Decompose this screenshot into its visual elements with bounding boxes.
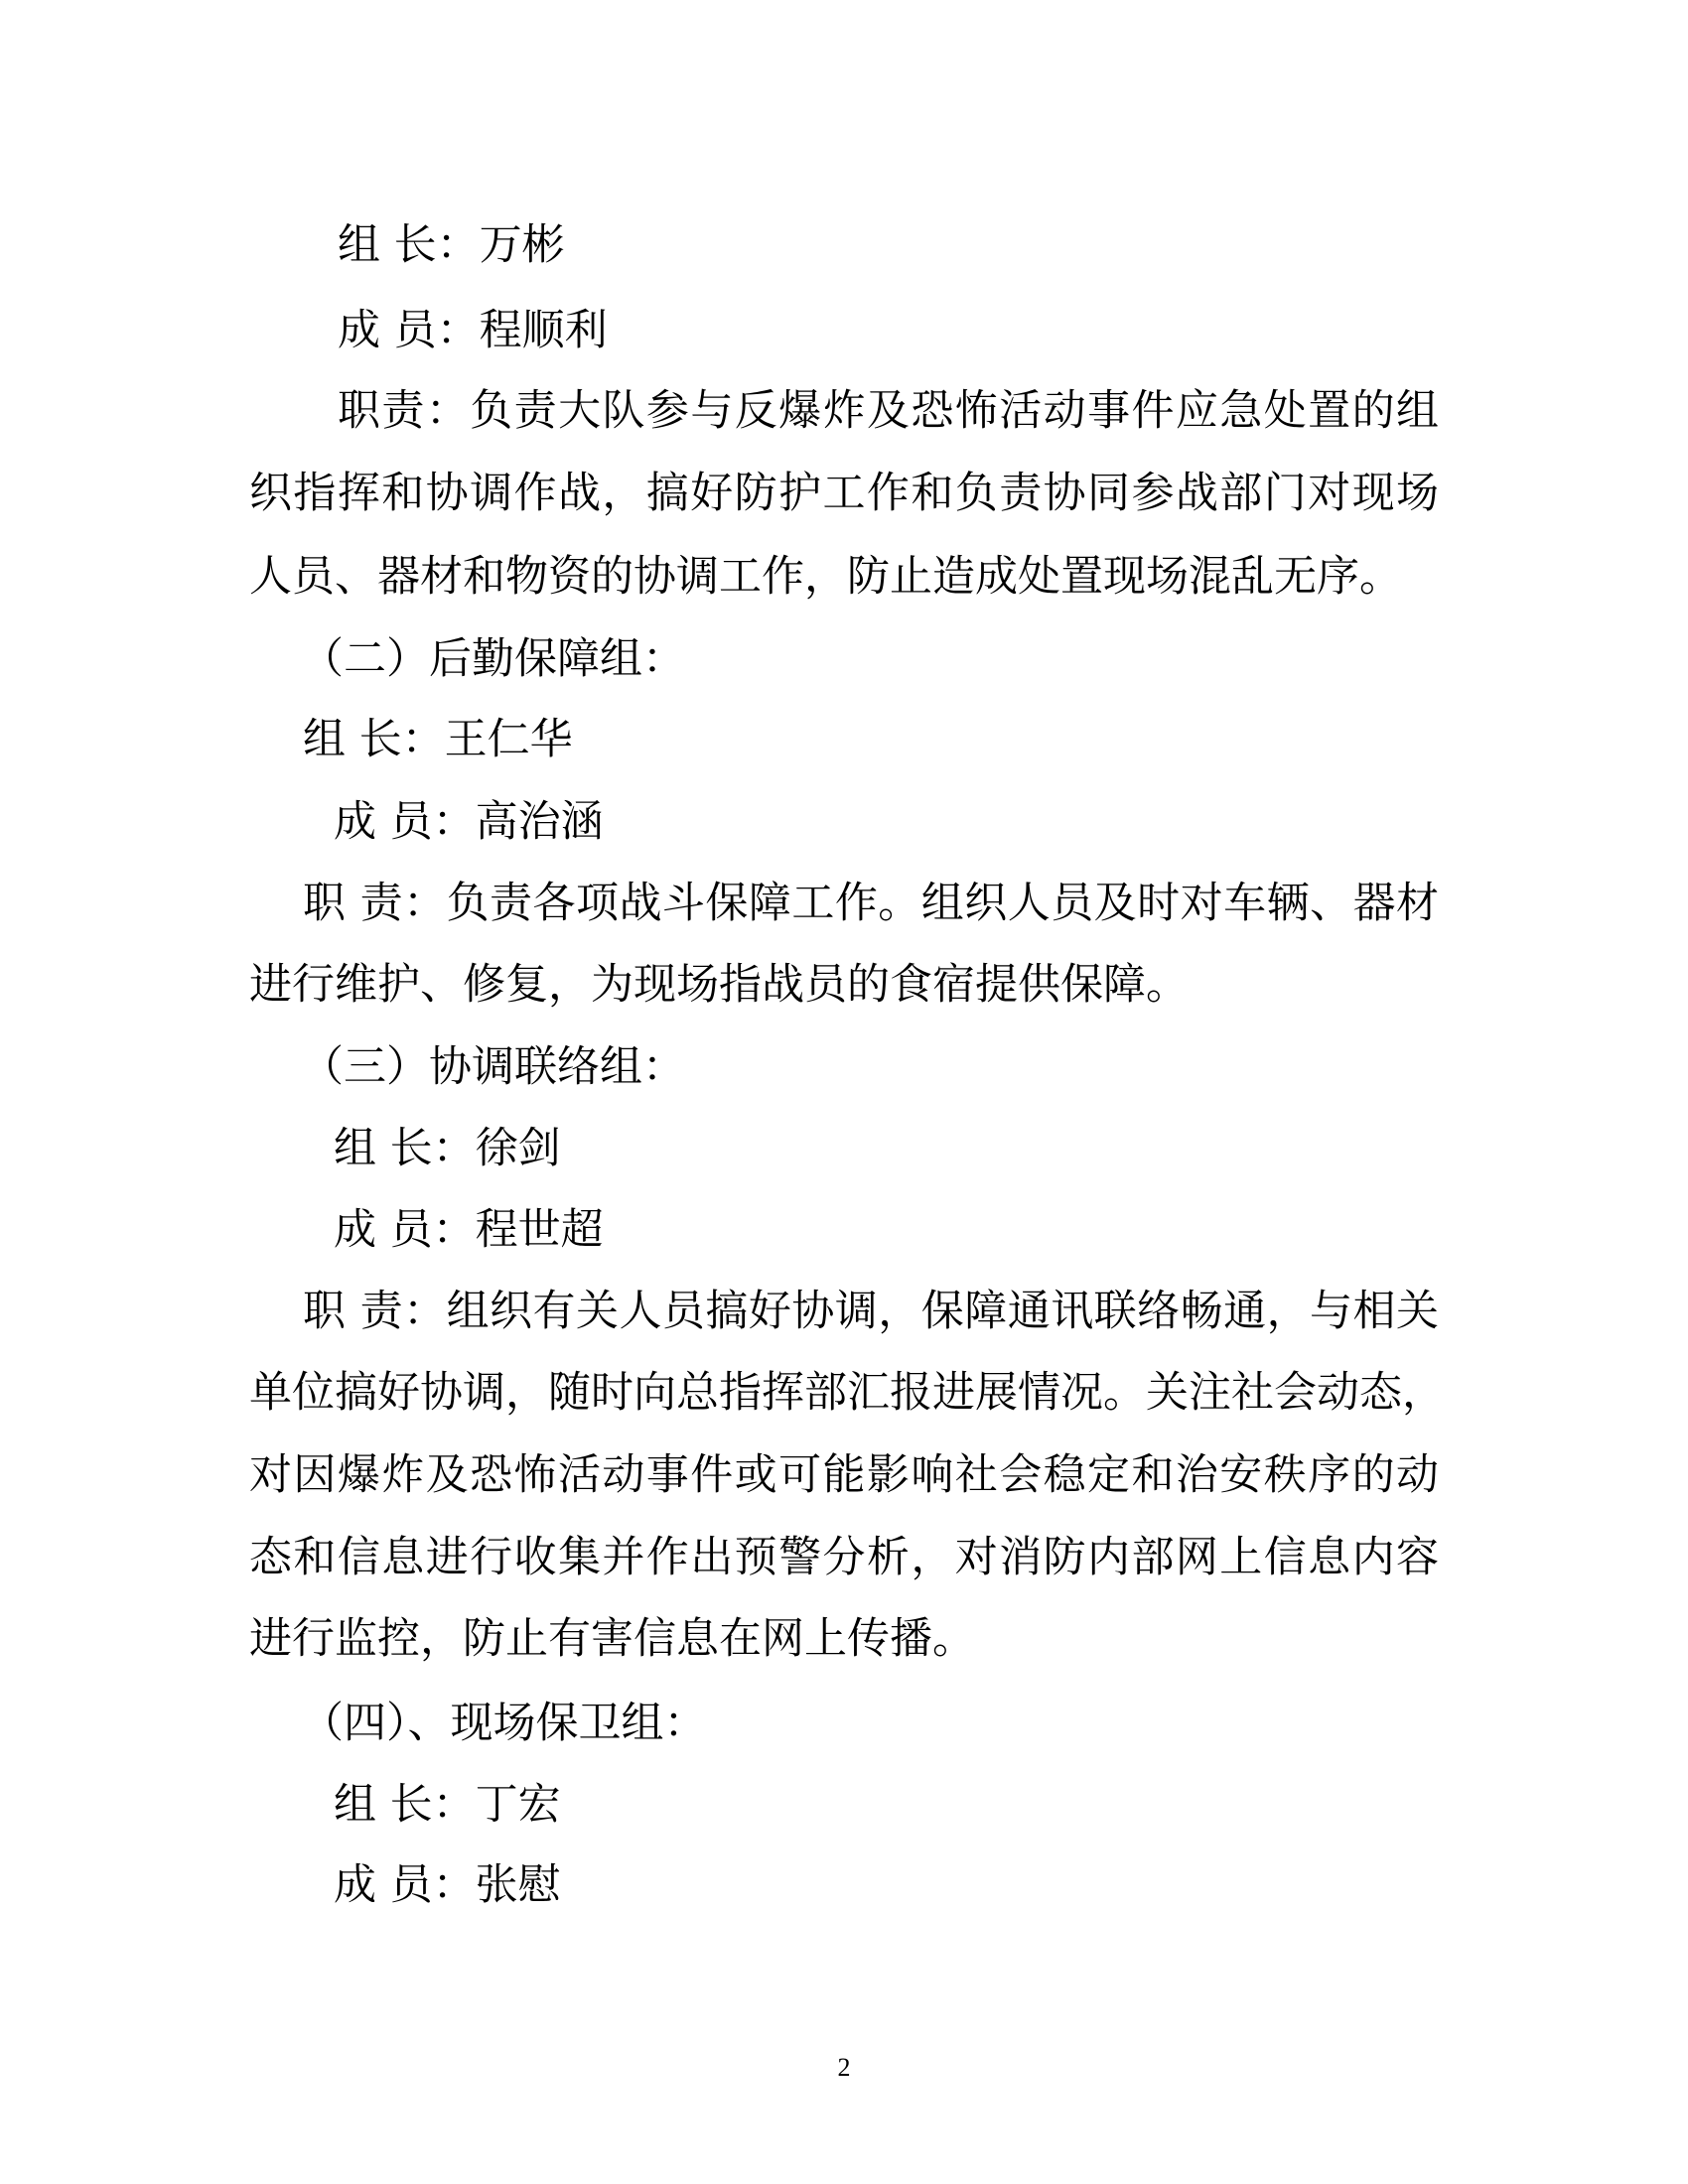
text-line-duty: 人员、器材和物资的协调工作，防止造成处置现场混乱无序。 xyxy=(249,552,1402,602)
text-line-member: 成 员：程世超 xyxy=(334,1205,604,1255)
text-line-leader: 组 长：徐剑 xyxy=(334,1124,561,1173)
text-line-duty: 职 责：组织有关人员搞好协调，保障通讯联络畅通，与相关 xyxy=(303,1287,1439,1336)
text-line-duty: 职 责：负责各项战斗保障工作。组织人员及时对车辆、器材 xyxy=(303,879,1439,928)
text-line-member: 成 员：张慰 xyxy=(334,1860,561,1910)
text-line-duty: 态和信息进行收集并作出预警分析，对消防内部网上信息内容 xyxy=(249,1533,1439,1582)
text-line-member: 成 员：高治涵 xyxy=(334,797,604,847)
page-number: 2 xyxy=(0,2053,1688,2083)
text-line-duty: 单位搞好协调，随时向总指挥部汇报进展情况。关注社会动态， xyxy=(249,1368,1439,1418)
text-line-leader: 组 长：丁宏 xyxy=(334,1780,561,1830)
text-line-member: 成 员：程顺利 xyxy=(338,306,608,355)
text-line-section-heading: （三）协调联络组： xyxy=(301,1042,685,1092)
text-line-duty: 进行监控，防止有害信息在网上传播。 xyxy=(249,1614,975,1664)
text-line-section-heading: （四）、现场保卫组： xyxy=(301,1699,707,1748)
text-line-leader: 组 长：王仁华 xyxy=(303,715,573,764)
text-line-duty: 职责：负责大队参与反爆炸及恐怖活动事件应急处置的组 xyxy=(338,386,1439,436)
text-line-section-heading: （二）后勤保障组： xyxy=(301,634,685,684)
text-line-duty: 织指挥和协调作战，搞好防护工作和负责协同参战部门对现场 xyxy=(249,469,1439,518)
text-line-duty: 进行维护、修复，为现场指战员的食宿提供保障。 xyxy=(249,960,1189,1010)
text-line-duty: 对因爆炸及恐怖活动事件或可能影响社会稳定和治安秩序的动 xyxy=(249,1450,1439,1500)
text-line-leader: 组 长：万彬 xyxy=(338,220,565,270)
